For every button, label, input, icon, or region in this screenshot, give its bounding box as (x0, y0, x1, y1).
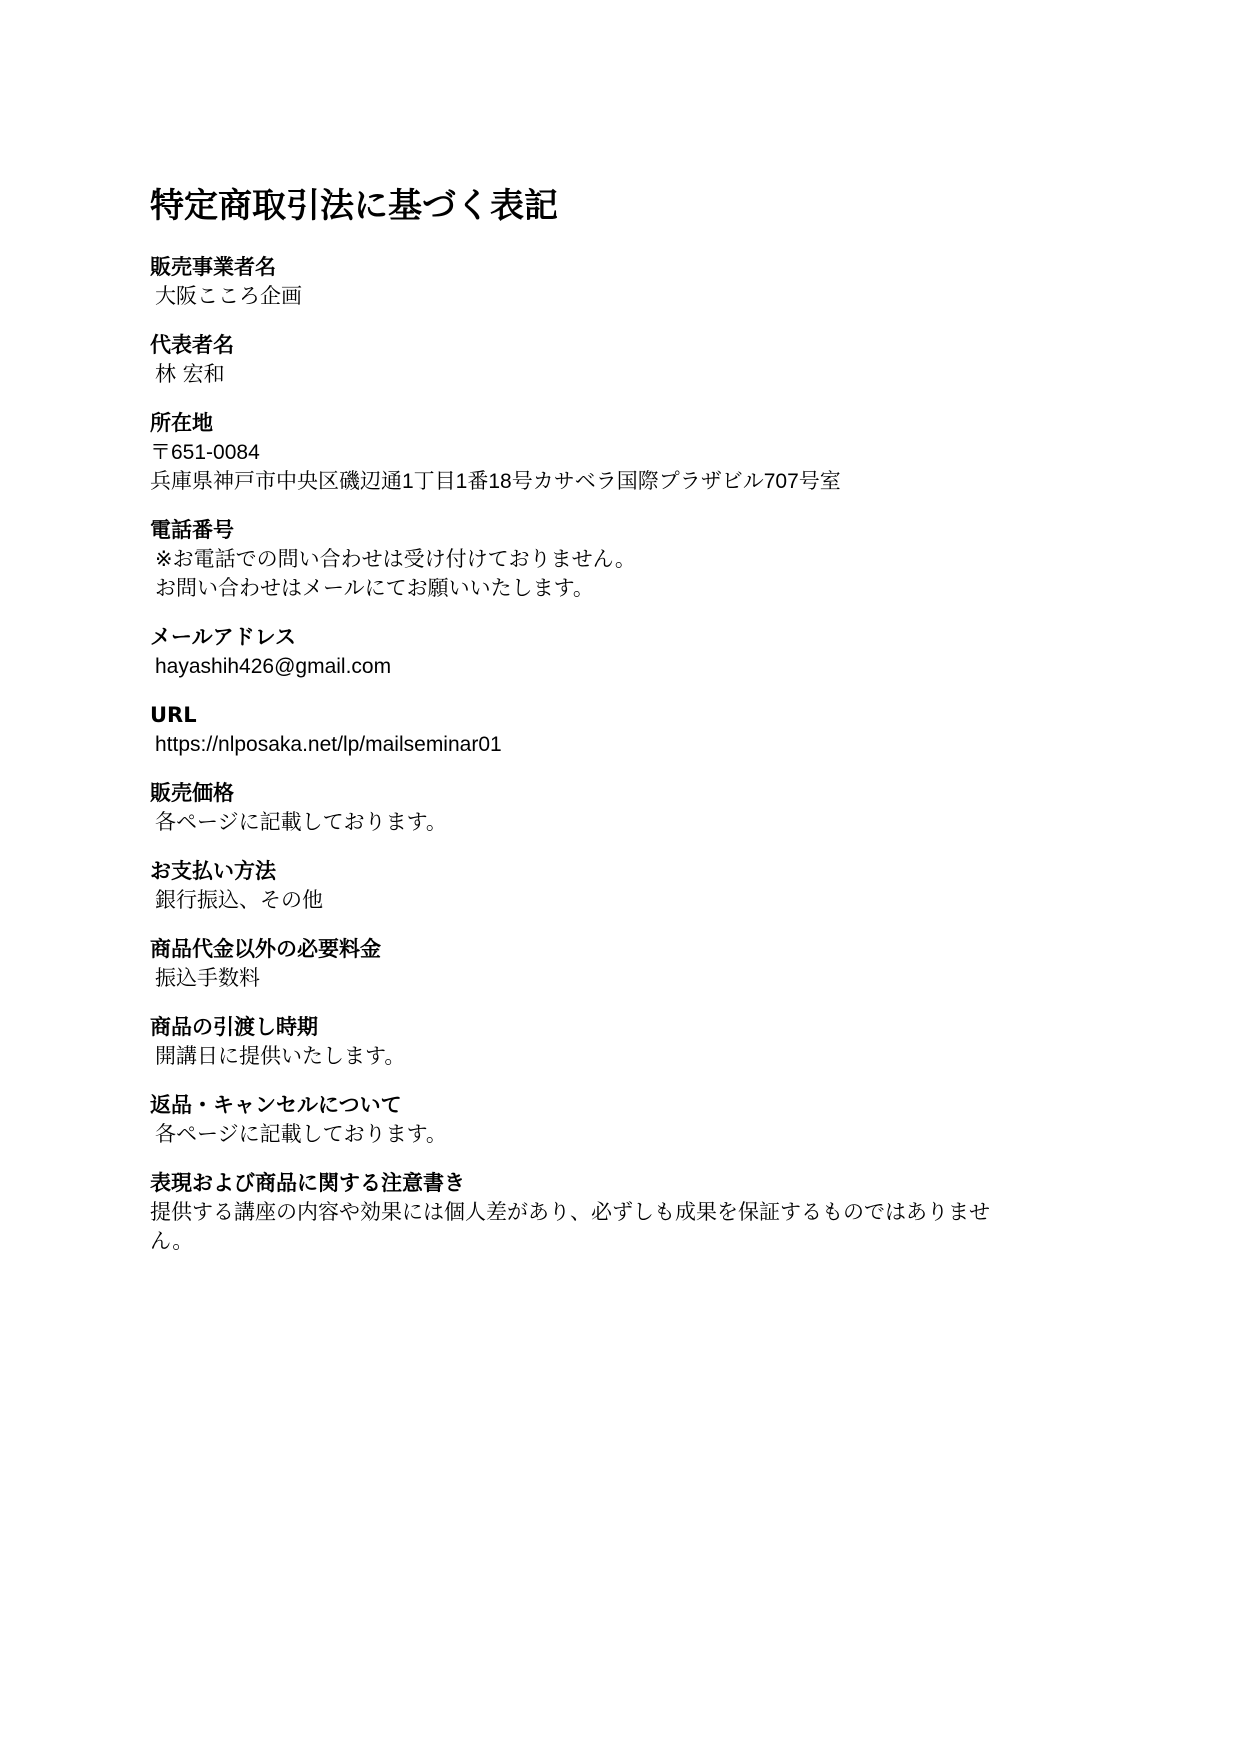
section-label: 電話番号 (150, 516, 1090, 545)
section-additional-fees: 商品代金以外の必要料金 振込手数料 (150, 935, 1090, 993)
email-value: hayashih426@gmail.com (150, 652, 1090, 681)
section-label: 商品の引渡し時期 (150, 1013, 1090, 1042)
section-address: 所在地 〒651-0084 兵庫県神戸市中央区磯辺通1丁目1番18号カサベラ国際… (150, 409, 1090, 496)
section-value: 銀行振込、その他 (150, 886, 1090, 915)
section-label: URL (150, 701, 1090, 730)
section-value: 提供する講座の内容や効果には個人差があり、必ずしも成果を保証するものではありませ (150, 1198, 1090, 1227)
section-label: 代表者名 (150, 331, 1090, 360)
section-seller-name: 販売事業者名 大阪こころ企画 (150, 253, 1090, 311)
address-line: 兵庫県神戸市中央区磯辺通1丁目1番18号カサベラ国際プラザビル707号室 (150, 467, 1090, 496)
section-disclaimer: 表現および商品に関する注意書き 提供する講座の内容や効果には個人差があり、必ずし… (150, 1169, 1090, 1256)
section-price: 販売価格 各ページに記載しております。 (150, 779, 1090, 837)
section-delivery-time: 商品の引渡し時期 開講日に提供いたします。 (150, 1013, 1090, 1071)
section-payment-method: お支払い方法 銀行振込、その他 (150, 857, 1090, 915)
section-label: 商品代金以外の必要料金 (150, 935, 1090, 964)
section-label: 所在地 (150, 409, 1090, 438)
section-value: 大阪こころ企画 (150, 282, 1090, 311)
section-value: ん。 (150, 1227, 1090, 1256)
section-label: メールアドレス (150, 623, 1090, 652)
section-email: メールアドレス hayashih426@gmail.com (150, 623, 1090, 681)
section-value: 各ページに記載しております。 (150, 808, 1090, 837)
section-value: 林 宏和 (150, 360, 1090, 389)
page-title: 特定商取引法に基づく表記 (150, 186, 1090, 226)
section-value: 開講日に提供いたします。 (150, 1042, 1090, 1071)
section-value: 各ページに記載しております。 (150, 1120, 1090, 1149)
section-returns: 返品・キャンセルについて 各ページに記載しております。 (150, 1091, 1090, 1149)
section-phone: 電話番号 ※お電話での問い合わせは受け付けておりません。 お問い合わせはメールに… (150, 516, 1090, 603)
url-value: https://nlposaka.net/lp/mailseminar01 (150, 730, 1090, 759)
section-value: お問い合わせはメールにてお願いいたします。 (150, 574, 1090, 603)
section-label: 販売価格 (150, 779, 1090, 808)
section-label: お支払い方法 (150, 857, 1090, 886)
document-page: 特定商取引法に基づく表記 販売事業者名 大阪こころ企画 代表者名 林 宏和 所在… (150, 186, 1090, 1276)
section-label: 表現および商品に関する注意書き (150, 1169, 1090, 1198)
postal-code: 〒651-0084 (150, 438, 1090, 467)
section-url: URL https://nlposaka.net/lp/mailseminar0… (150, 701, 1090, 759)
section-value: ※お電話での問い合わせは受け付けておりません。 (150, 545, 1090, 574)
section-label: 販売事業者名 (150, 253, 1090, 282)
section-value: 振込手数料 (150, 964, 1090, 993)
section-label: 返品・キャンセルについて (150, 1091, 1090, 1120)
section-representative: 代表者名 林 宏和 (150, 331, 1090, 389)
